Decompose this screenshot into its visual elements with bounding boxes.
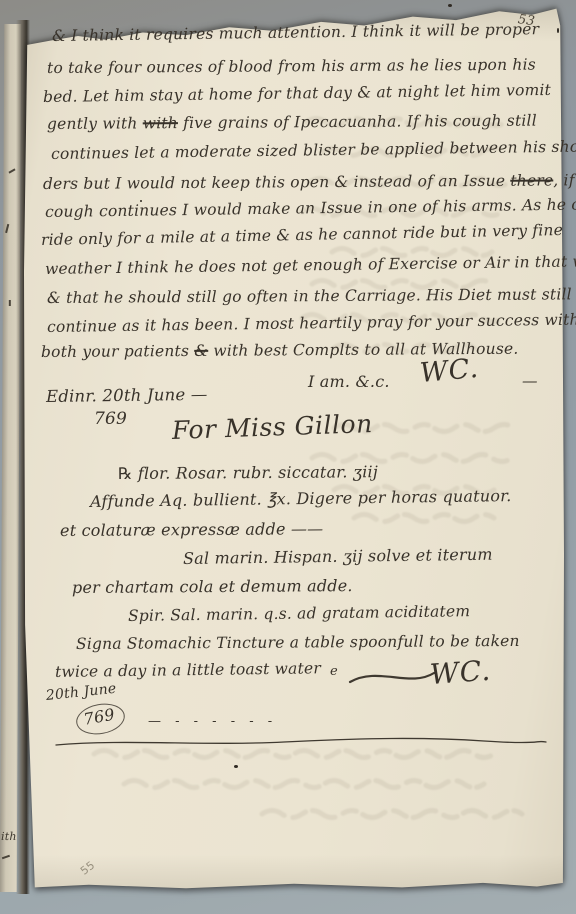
struck-word: & <box>194 342 208 360</box>
rule-line <box>54 734 550 750</box>
rx-line-1: ℞ flor. Rosar. rubr. siccatar. ʒiij <box>118 462 378 483</box>
rx-line-3: et colaturæ expressæ adde —— <box>60 519 323 540</box>
rx-line-tail: e <box>330 664 338 679</box>
line-text: both your patients <box>41 342 194 361</box>
line-text: five grains of Ipecacuanha. If his cough… <box>178 112 537 133</box>
footer-dashes: — - - - - - - <box>148 714 277 729</box>
line-text: ders but I would not keep this open & in… <box>43 172 510 193</box>
signature-flourish <box>348 668 438 690</box>
struck-word: with <box>143 114 178 132</box>
letter-line-2: to take four ounces of blood from his ar… <box>47 56 536 77</box>
ink-speck <box>234 765 238 768</box>
line-text: , if his <box>553 171 576 189</box>
ink-speck <box>140 200 142 202</box>
dateline-year: 769 <box>94 409 127 429</box>
bleed-through-texture <box>0 0 576 914</box>
struck-word: there <box>510 171 553 189</box>
signature-initials: WC. <box>429 654 492 691</box>
closing-initials: WC. <box>419 353 481 389</box>
rx-line-8: twice a day in a little toast water <box>55 659 321 681</box>
line-text: gently with <box>47 114 143 133</box>
ink-speck <box>448 4 452 7</box>
manuscript-scene: ith 53 & I think it requires much attent… <box>0 0 576 914</box>
letter-line-4: gently with with five grains of Ipecacua… <box>47 112 537 133</box>
letter-line-10: & that he should still go often in the C… <box>47 285 572 307</box>
ink-speck <box>557 28 559 33</box>
rx-line-7: Signa Stomachic Tincture a table spoonfu… <box>76 632 520 653</box>
dateline: Edinr. 20th June — <box>46 385 208 406</box>
letter-line-6: ders but I would not keep this open & in… <box>43 171 576 193</box>
closing-dash: — <box>522 372 538 390</box>
footer-year: 769 <box>76 704 125 734</box>
year-loop: 769 <box>74 700 128 738</box>
rx-line-5: per chartam cola et demum adde. <box>72 576 353 597</box>
closing-phrase: I am. &.c. <box>308 372 390 391</box>
